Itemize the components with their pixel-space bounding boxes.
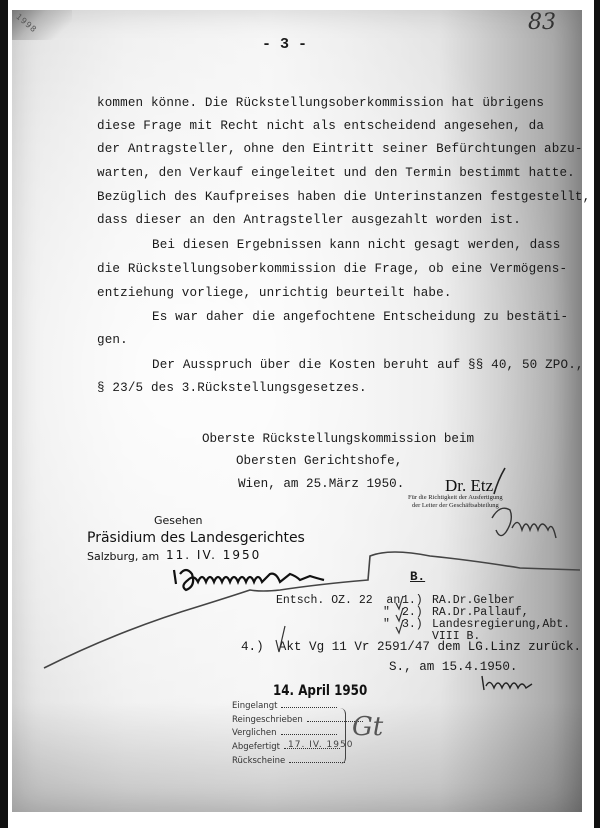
check-3 bbox=[396, 620, 403, 633]
handwriting-layer bbox=[0, 0, 600, 828]
signature-slash bbox=[494, 468, 505, 494]
clerk-signature bbox=[482, 676, 532, 690]
check-4 bbox=[276, 626, 285, 652]
check-1 bbox=[396, 596, 403, 609]
certifier-signature bbox=[492, 508, 556, 538]
routing-arrow-line bbox=[44, 552, 580, 668]
check-2 bbox=[396, 608, 403, 621]
